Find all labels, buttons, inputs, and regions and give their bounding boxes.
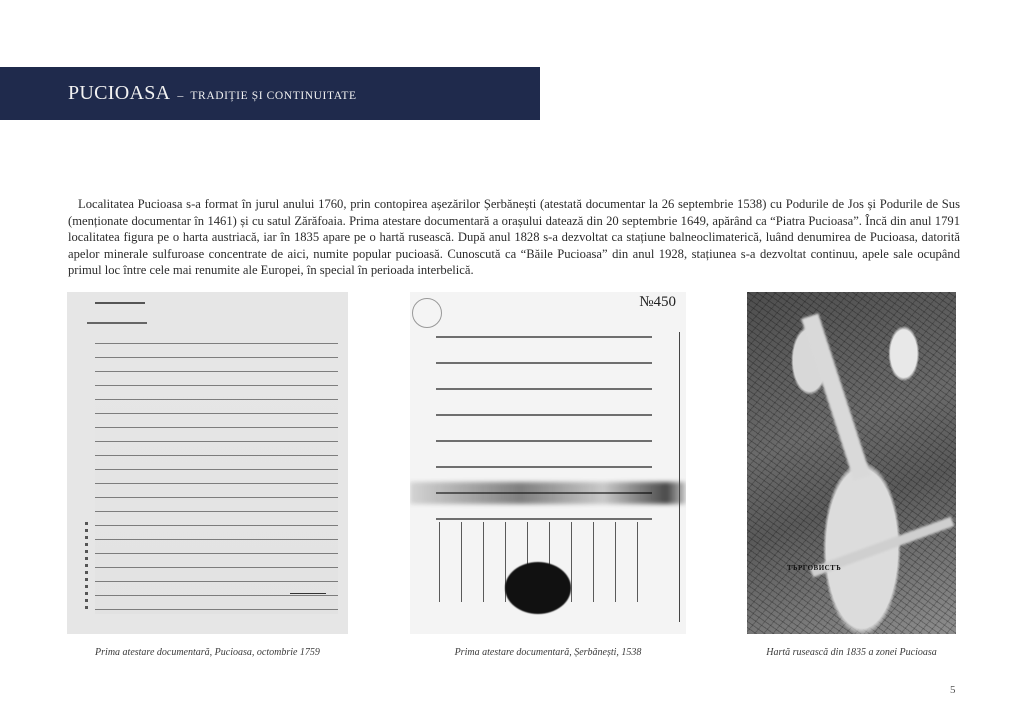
page-number: 5: [950, 684, 956, 696]
title-banner: PUCIOASA – TRADIȚIE ȘI CONTINUITATE: [0, 67, 540, 120]
figure-document-1538: №450: [410, 292, 686, 634]
manuscript-photo: [67, 292, 348, 634]
title-subtitle: TRADIȚIE ȘI CONTINUITATE: [190, 90, 356, 102]
figure-map-1835: ТЪРГОВИСТЪ: [747, 292, 956, 634]
stamp-icon: [412, 298, 442, 328]
figure-caption-1: Prima atestare documentară, Pucioasa, oc…: [67, 647, 348, 658]
map-river: [801, 313, 871, 480]
figure-caption-2: Prima atestare documentară, Șerbănești, …: [410, 647, 686, 658]
figure-manuscript-1759: [67, 292, 348, 634]
title-main: PUCIOASA: [68, 82, 170, 104]
wax-seal-icon: [505, 562, 571, 614]
ink-smudge: [410, 482, 686, 504]
page-title: PUCIOASA – TRADIȚIE ȘI CONTINUITATE: [68, 82, 357, 105]
title-separator: –: [177, 88, 183, 102]
map-city-label: ТЪРГОВИСТЪ: [787, 564, 841, 572]
handwriting-mark: [87, 322, 147, 324]
figure-caption-3: Hartă rusească din 1835 a zonei Pucioasa: [747, 647, 956, 658]
signature-mark: [290, 583, 326, 594]
document-photo: №450: [410, 292, 686, 634]
handwriting-mark: [95, 302, 145, 304]
intro-paragraph: Localitatea Pucioasa s-a format în jurul…: [68, 196, 960, 279]
margin-notes: [85, 522, 88, 612]
map-photo: ТЪРГОВИСТЪ: [747, 292, 956, 634]
document-number: №450: [639, 294, 676, 311]
page-edge: [679, 332, 680, 622]
